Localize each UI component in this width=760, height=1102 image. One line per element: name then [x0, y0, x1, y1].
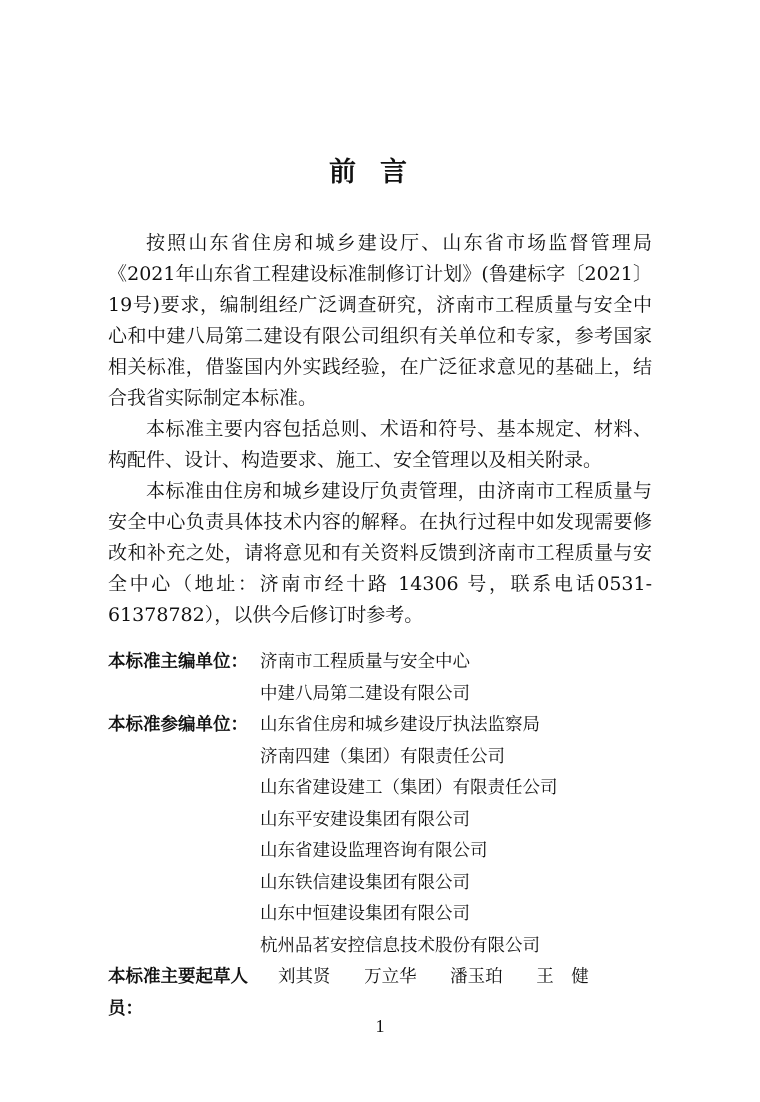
participating-unit-row: 济南四建（集团）有限责任公司 [108, 742, 668, 774]
participating-unit-item: 山东省住房和城乡建设厅执法监察局 [260, 710, 668, 742]
participating-unit-item: 山东平安建设集团有限公司 [260, 805, 668, 837]
participating-unit-item: 杭州品茗安控信息技术股份有限公司 [260, 931, 668, 963]
drafter-name: 王 健 [536, 967, 589, 987]
document-page: 前言 按照山东省住房和城乡建设厅、山东省市场监督管理局《2021年山东省工程建设… [0, 0, 760, 1102]
page-title: 前言 [0, 150, 760, 189]
participating-unit-row: 本标准参编单位： 山东省住房和城乡建设厅执法监察局 [108, 710, 668, 742]
participating-unit-item: 山东省建设建工（集团）有限责任公司 [260, 773, 668, 805]
participating-unit-item: 济南四建（集团）有限责任公司 [260, 742, 668, 774]
paragraph-main-contents: 本标准主要内容包括总则、术语和符号、基本规定、材料、构配件、设计、构造要求、施工… [108, 414, 652, 476]
chief-unit-item: 济南市工程质量与安全中心 [260, 647, 668, 679]
paragraph-compilation-basis: 按照山东省住房和城乡建设厅、山东省市场监督管理局《2021年山东省工程建设标准制… [108, 228, 652, 414]
chief-units-label: 本标准主编单位： [108, 647, 260, 679]
participating-units-label: 本标准参编单位： [108, 710, 260, 742]
participating-unit-row: 山东平安建设集团有限公司 [108, 805, 668, 837]
participating-unit-row: 山东中恒建设集团有限公司 [108, 899, 668, 931]
drafter-name: 潘玉珀 [450, 967, 503, 987]
chief-unit-item: 中建八局第二建设有限公司 [260, 679, 668, 711]
participating-unit-item: 山东铁信建设集团有限公司 [260, 868, 668, 900]
participating-unit-item: 山东省建设监理咨询有限公司 [260, 836, 668, 868]
chief-unit-row: 中建八局第二建设有限公司 [108, 679, 668, 711]
units-section: 本标准主编单位： 济南市工程质量与安全中心 中建八局第二建设有限公司 本标准参编… [108, 647, 668, 1025]
participating-unit-item: 山东中恒建设集团有限公司 [260, 899, 668, 931]
drafter-name: 万立华 [364, 967, 417, 987]
paragraph-management-feedback: 本标准由住房和城乡建设厅负责管理，由济南市工程质量与安全中心负责具体技术内容的解… [108, 476, 652, 631]
preface-body: 按照山东省住房和城乡建设厅、山东省市场监督管理局《2021年山东省工程建设标准制… [108, 228, 652, 631]
chief-unit-row: 本标准主编单位： 济南市工程质量与安全中心 [108, 647, 668, 679]
participating-unit-row: 杭州品茗安控信息技术股份有限公司 [108, 931, 668, 963]
page-number: 1 [0, 1016, 760, 1037]
drafter-name: 刘其贤 [278, 967, 331, 987]
participating-unit-row: 山东省建设建工（集团）有限责任公司 [108, 773, 668, 805]
participating-unit-row: 山东省建设监理咨询有限公司 [108, 836, 668, 868]
participating-unit-row: 山东铁信建设集团有限公司 [108, 868, 668, 900]
